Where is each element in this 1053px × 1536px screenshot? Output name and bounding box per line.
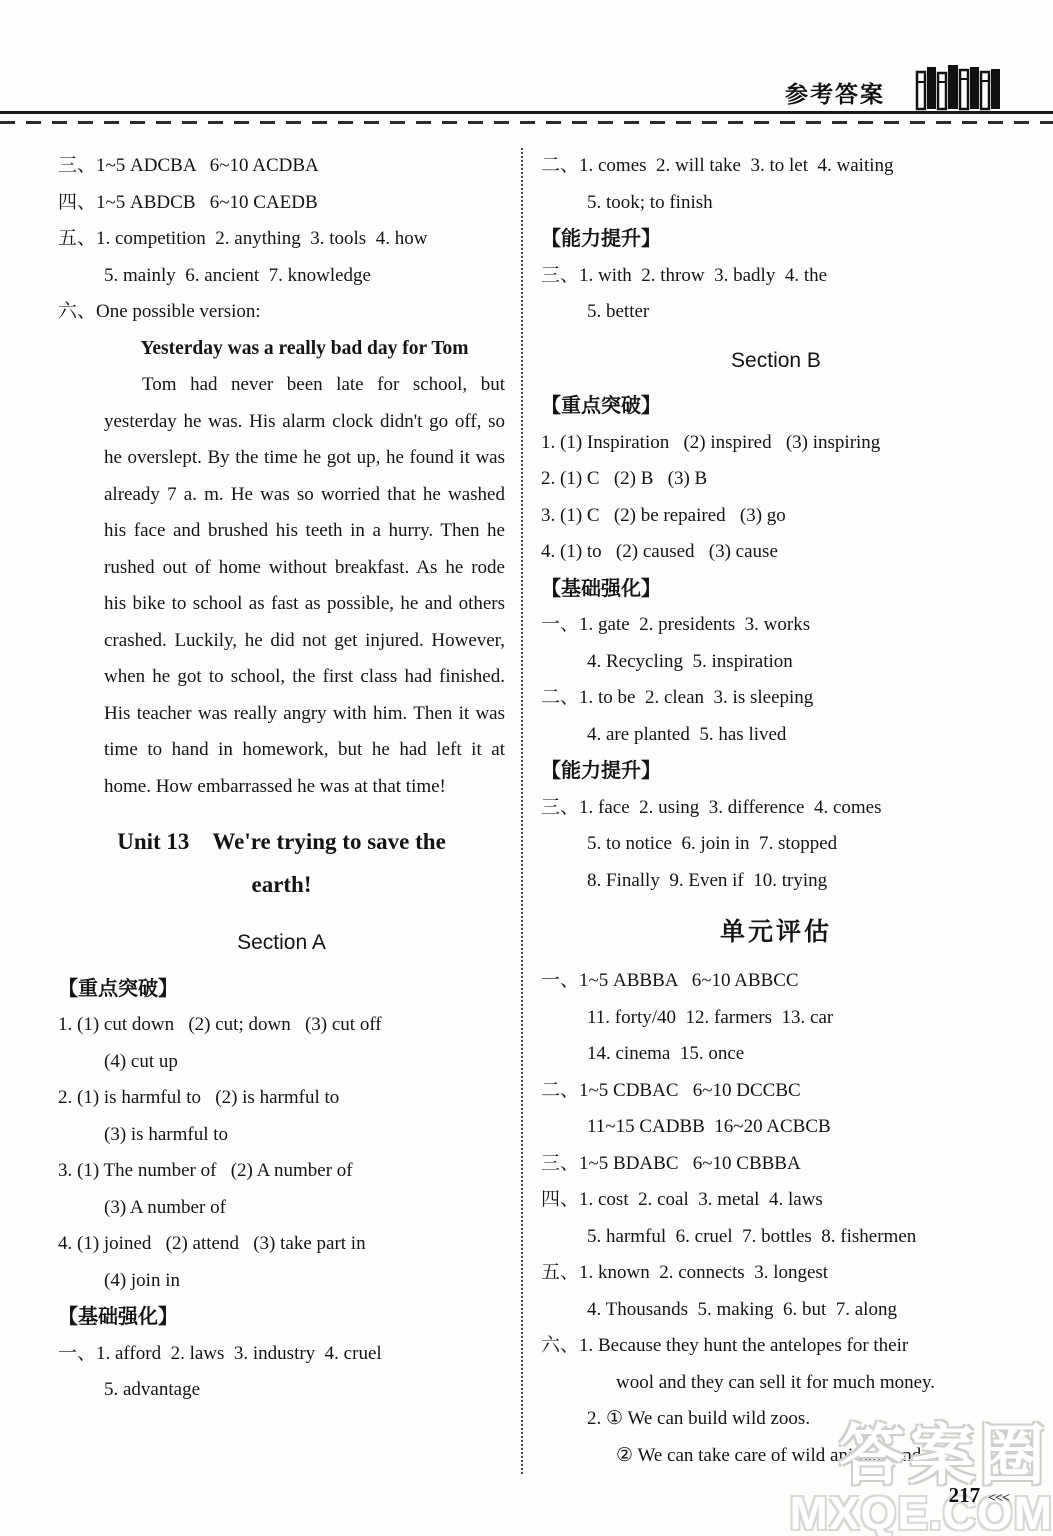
page-number-value: 217 (949, 1483, 981, 1507)
answer-line: 8. Finally 9. Even if 10. trying (541, 863, 1011, 900)
section-title: Section B (541, 343, 1011, 380)
answer-line: 5. took; to finish (541, 185, 1011, 222)
header-dashed-rule (0, 121, 1053, 124)
answer-line: 3. (1) C (2) be repaired (3) go (541, 498, 1011, 535)
page-header-title: 参考答案 (785, 76, 885, 109)
assessment-title: 单元评估 (541, 912, 1011, 952)
header-rule (0, 111, 1053, 114)
answer-line: 2. (1) is harmful to (2) is harmful to (58, 1080, 505, 1117)
answer-line: 二、1. comes 2. will take 3. to let 4. wai… (541, 148, 1011, 185)
answer-line: 1. (1) cut down (2) cut; down (3) cut of… (58, 1007, 505, 1044)
answer-line: ② We can take care of wild animals and (541, 1438, 1011, 1475)
answer-line: 六、One possible version: (58, 294, 505, 331)
answer-line: 二、1. to be 2. clean 3. is sleeping (541, 680, 1011, 717)
unit-title: Unit 13 We're trying to save the earth! (109, 820, 454, 906)
answer-line: 一、1. gate 2. presidents 3. works (541, 607, 1011, 644)
answer-line: 一、1. afford 2. laws 3. industry 4. cruel (58, 1336, 505, 1373)
answer-line: 11. forty/40 12. farmers 13. car (541, 1000, 1011, 1037)
tag-header: 【能力提升】 (541, 753, 1011, 790)
answer-line: 4. Thousands 5. making 6. but 7. along (541, 1292, 1011, 1329)
tag-header: 【重点突破】 (541, 388, 1011, 425)
answer-line: 5. mainly 6. ancient 7. knowledge (58, 258, 505, 295)
answer-line: (3) A number of (58, 1190, 505, 1227)
section-title: Section A (58, 925, 505, 962)
answer-line: 4. are planted 5. has lived (541, 717, 1011, 754)
left-column: 三、1~5 ADCBA 6~10 ACDBA四、1~5 ABDCB 6~10 C… (58, 148, 505, 1474)
answer-line: 五、1. competition 2. anything 3. tools 4.… (58, 221, 505, 258)
column-divider (521, 148, 523, 1474)
books-icon (915, 60, 1003, 112)
watermark-site: MXQE.COM (789, 1490, 1053, 1536)
tag-header: 【重点突破】 (58, 971, 505, 1008)
answer-line: 2. ① We can build wild zoos. (541, 1401, 1011, 1438)
essay-paragraph: Tom had never been late for school, but … (58, 367, 505, 805)
right-column: 二、1. comes 2. will take 3. to let 4. wai… (541, 148, 1011, 1474)
answer-key-page: 参考答案 三、1~5 ADCBA 6~10 ACDBA四、1~5 ABDCB 6… (0, 0, 1053, 1536)
answer-line: 3. (1) The number of (2) A number of (58, 1153, 505, 1190)
answer-line: wool and they can sell it for much money… (541, 1365, 1011, 1402)
answer-line: 1. (1) Inspiration (2) inspired (3) insp… (541, 425, 1011, 462)
answer-line: 三、1~5 BDABC 6~10 CBBBA (541, 1146, 1011, 1183)
answer-line: 一、1~5 ABBBA 6~10 ABBCC (541, 963, 1011, 1000)
answer-line: 4. (1) joined (2) attend (3) take part i… (58, 1226, 505, 1263)
tag-header: 【基础强化】 (541, 571, 1011, 608)
page-number-arrows: <<< (988, 1491, 1009, 1506)
answer-line: 4. Recycling 5. inspiration (541, 644, 1011, 681)
answer-line: (4) join in (58, 1263, 505, 1300)
answer-line: 四、1~5 ABDCB 6~10 CAEDB (58, 185, 505, 222)
page-number: 217<<< (949, 1483, 1009, 1508)
answer-line: 5. advantage (58, 1372, 505, 1409)
answer-line: 四、1. cost 2. coal 3. metal 4. laws (541, 1182, 1011, 1219)
answer-line: 2. (1) C (2) B (3) B (541, 461, 1011, 498)
tag-header: 【基础强化】 (58, 1299, 505, 1336)
answer-line: 六、1. Because they hunt the antelopes for… (541, 1328, 1011, 1365)
answer-line: 5. harmful 6. cruel 7. bottles 8. fisher… (541, 1219, 1011, 1256)
answer-line: 三、1. face 2. using 3. difference 4. come… (541, 790, 1011, 827)
tag-header: 【能力提升】 (541, 221, 1011, 258)
answer-line: 三、1~5 ADCBA 6~10 ACDBA (58, 148, 505, 185)
essay-title: Yesterday was a really bad day for Tom (58, 331, 505, 368)
answer-line: 4. (1) to (2) caused (3) cause (541, 534, 1011, 571)
content-columns: 三、1~5 ADCBA 6~10 ACDBA四、1~5 ABDCB 6~10 C… (58, 148, 1011, 1474)
answer-line: (3) is harmful to (58, 1117, 505, 1154)
answer-line: 二、1~5 CDBAC 6~10 DCCBC (541, 1073, 1011, 1110)
answer-line: 11~15 CADBB 16~20 ACBCB (541, 1109, 1011, 1146)
answer-line: 5. to notice 6. join in 7. stopped (541, 826, 1011, 863)
answer-line: (4) cut up (58, 1044, 505, 1081)
answer-line: 三、1. with 2. throw 3. badly 4. the (541, 258, 1011, 295)
answer-line: 14. cinema 15. once (541, 1036, 1011, 1073)
answer-line: 5. better (541, 294, 1011, 331)
answer-line: 五、1. known 2. connects 3. longest (541, 1255, 1011, 1292)
